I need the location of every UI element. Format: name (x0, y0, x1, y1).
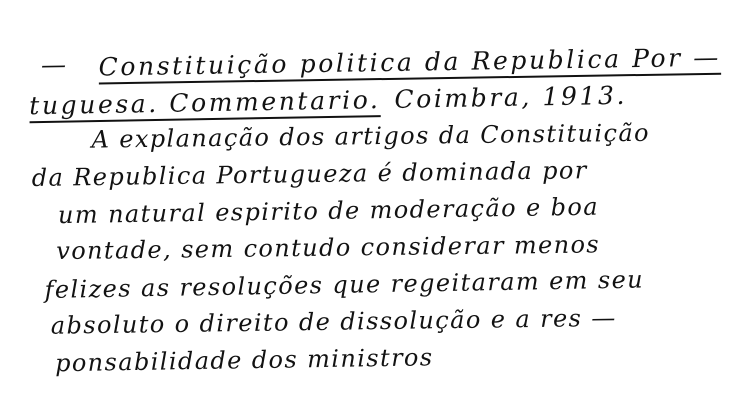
manuscript-text-block: —Constituição politica da Republica Por … (29, 42, 743, 380)
em-dash: — (41, 46, 69, 83)
title-line-2-underlined-text: tuguesa. Commentario. (29, 85, 381, 120)
title-line-1-text: Constituição politica da Republica Por — (98, 43, 721, 82)
manuscript-page: —Constituição politica da Republica Por … (0, 0, 751, 416)
title-line-2-rest-text: Coimbra, 1913. (394, 81, 627, 114)
